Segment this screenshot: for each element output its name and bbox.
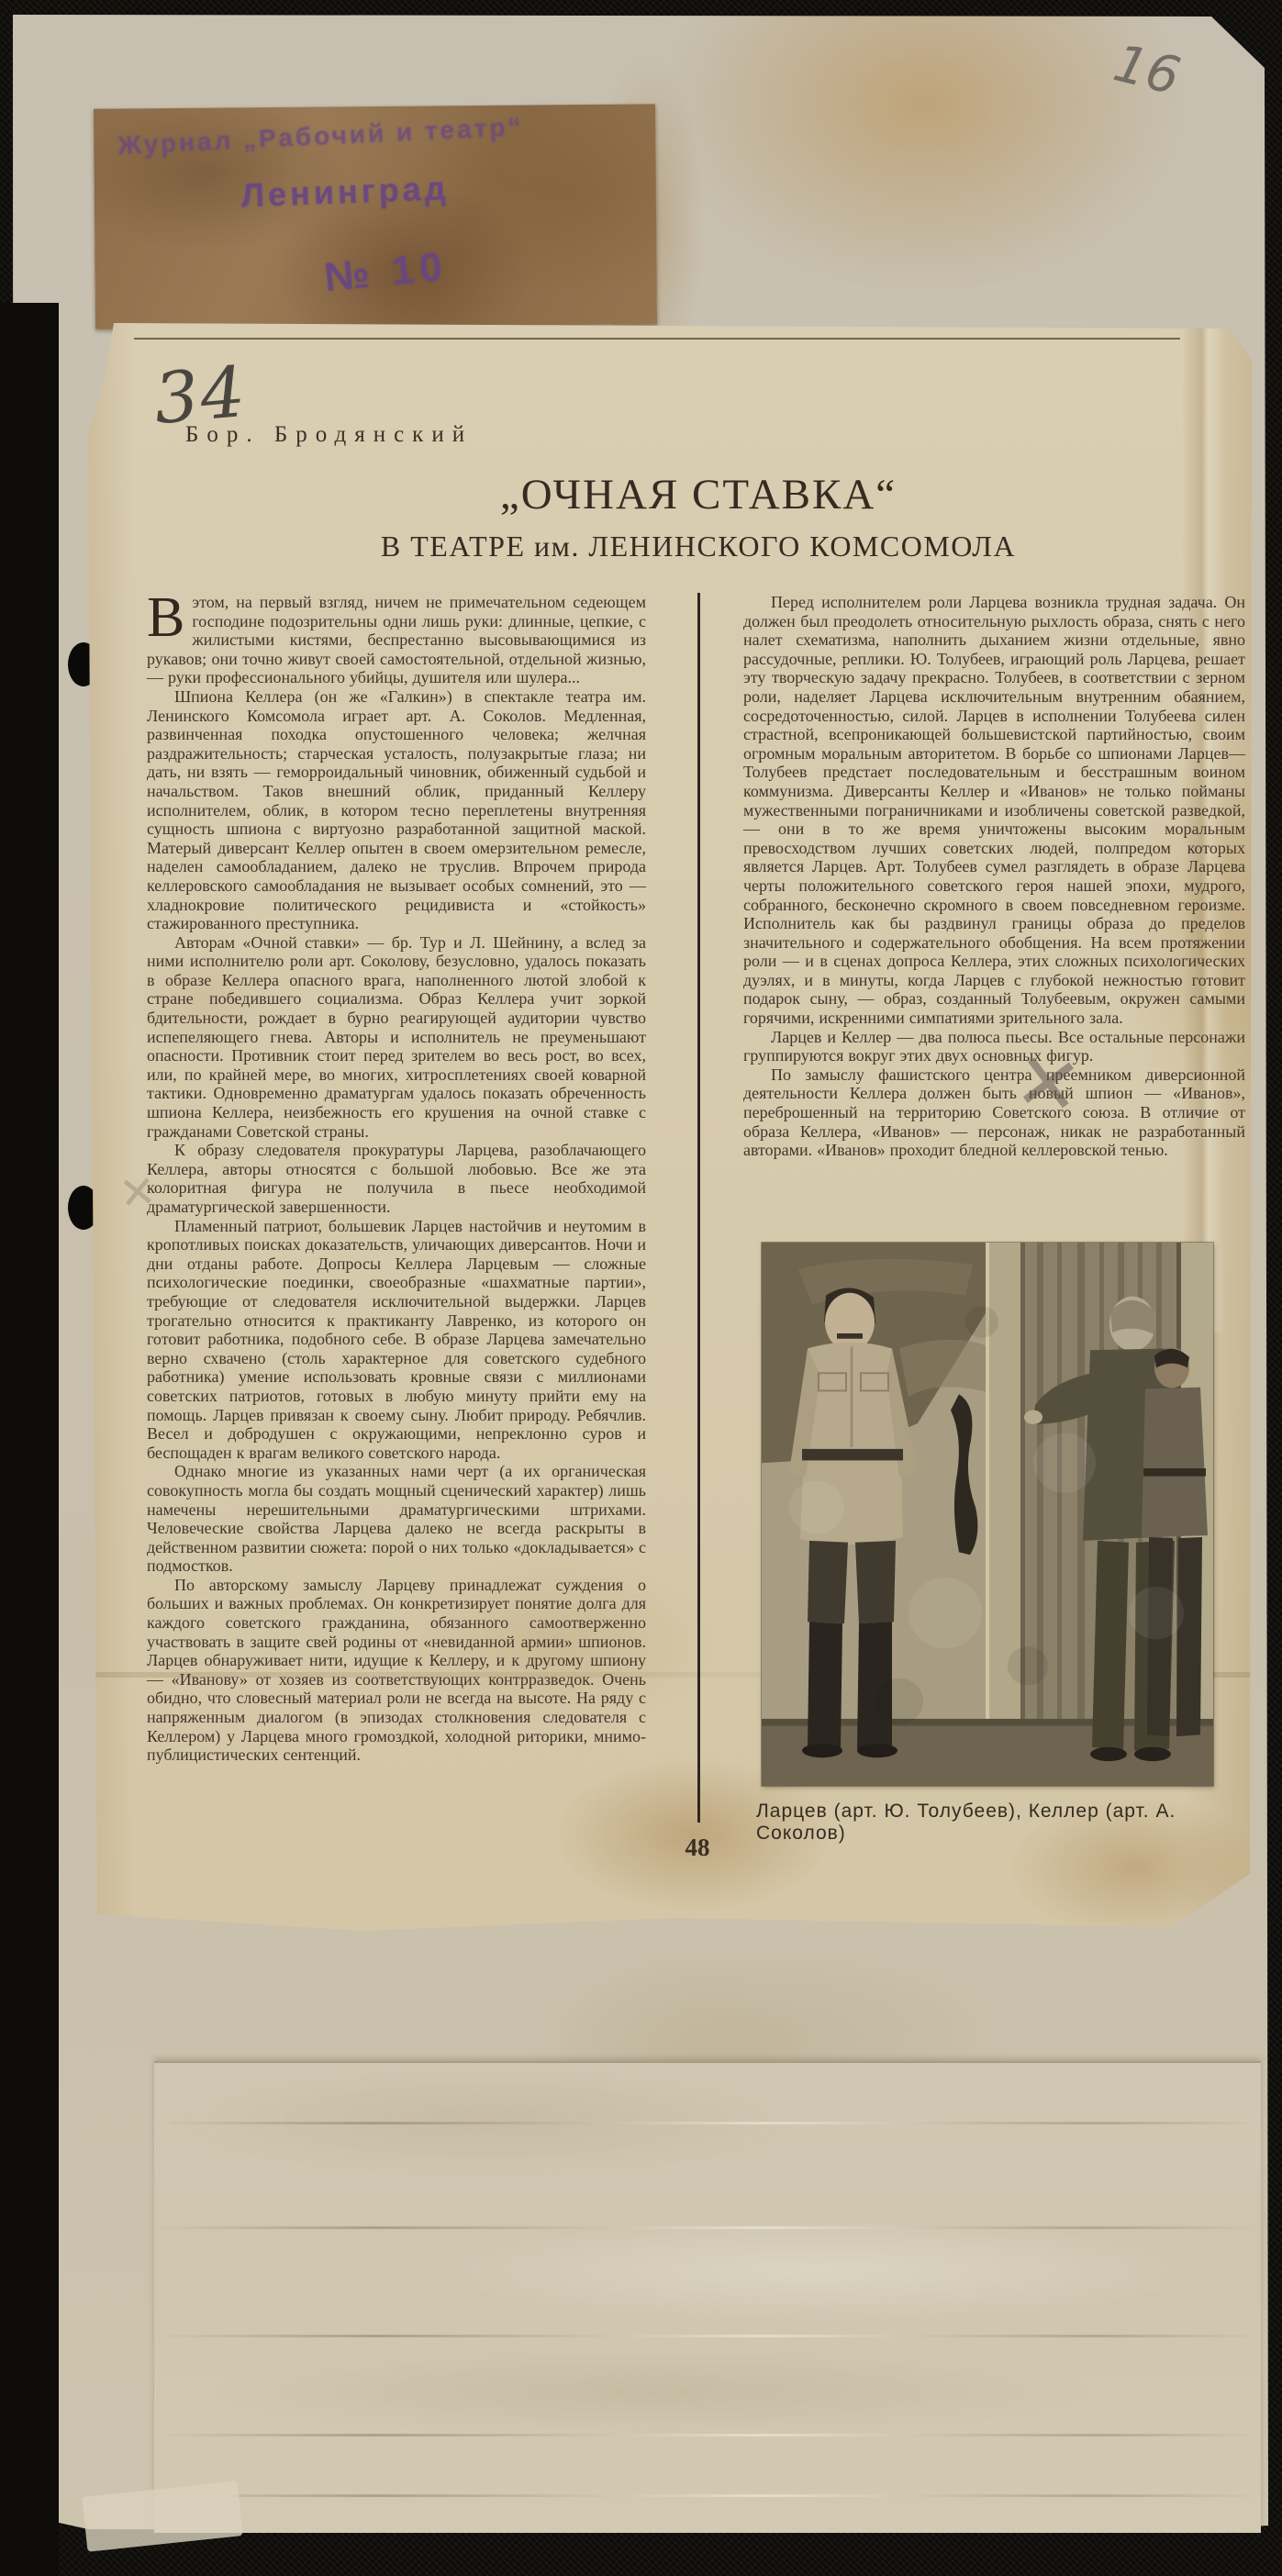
library-stamp-city: Ленинград [240,169,450,215]
photo-caption: Ларцев (арт. Ю. Толубеев), Келлер (арт. … [756,1801,1233,1845]
article-column-left: Вэтом, на первый взгляд, ничем не примеч… [147,593,646,1765]
page-number: 48 [642,1834,752,1862]
article-paragraph: Авторам «Очной ставки» — бр. Тур и Л. Ше… [147,933,646,1142]
stage-photo-illustration [762,1243,1213,1786]
article-paragraph: Ларцев и Келлер — два полюса пьесы. Все … [743,1028,1245,1065]
library-stamp-issue-number: № 10 [322,244,449,302]
stage-photo [762,1243,1213,1786]
article-paragraph: Однако многие из указанных нами черт (а … [147,1462,646,1576]
crumpled-blank-sheet [154,2061,1261,2533]
article-paragraph: По авторскому замыслу Ларцеву принадлежа… [147,1576,646,1765]
pencil-cross-mark: ✕ [1009,1034,1087,1134]
newspaper-clipping: 34 Бор. Бродянский „ОЧНАЯ СТАВКА“ В ТЕАТ… [88,323,1252,1931]
archive-label: Журнал „Рабочий и театр“ Ленинград № 10 [94,104,657,329]
column-divider-rule [697,593,700,1823]
article-title-line1: „ОЧНАЯ СТАВКА“ [171,470,1226,519]
article-paragraph: Пламенный патриот, большевик Ларцев наст… [147,1217,646,1463]
paper-crease [154,2434,1261,2437]
left-column-paragraphs: Шпиона Келлера (он же «Галкин») в спекта… [147,687,646,1765]
paper-crease [154,2122,1261,2124]
paper-crease [154,2226,1261,2229]
paper-crease [154,2494,1261,2497]
paper-crease [154,2335,1261,2337]
lead-paragraph: Вэтом, на первый взгляд, ничем не примеч… [147,593,646,687]
article-title-line2: В ТЕАТРЕ им. ЛЕНИНСКОГО КОМСОМОЛА [171,530,1226,563]
article-paragraph: К образу следователя прокуратуры Ларцева… [147,1141,646,1216]
scanned-scrapbook-page: Журнал „Рабочий и театр“ Ленинград № 10 … [0,0,1282,2576]
pencil-cross-mark: ✕ [117,1165,159,1221]
album-binding-edge [0,303,59,2576]
right-column-paragraphs: Перед исполнителем роли Ларцева возникла… [743,593,1245,1160]
printed-top-rule [134,338,1180,340]
article-title: „ОЧНАЯ СТАВКА“ В ТЕАТРЕ им. ЛЕНИНСКОГО К… [171,470,1226,563]
drop-cap: В [147,593,192,641]
article-paragraph: Перед исполнителем роли Ларцева возникла… [743,593,1245,1028]
library-stamp-journal-name: Журнал „Рабочий и театр“ [117,112,524,161]
article-paragraph: Шпиона Келлера (он же «Галкин») в спекта… [147,687,646,933]
article-paragraph: По замыслу фашистского центра преемником… [743,1065,1245,1160]
article-author: Бор. Бродянский [185,422,473,448]
article-column-right: Перед исполнителем роли Ларцева возникла… [743,593,1245,1160]
lead-paragraph-text: этом, на первый взгляд, ничем не примеча… [147,593,646,686]
